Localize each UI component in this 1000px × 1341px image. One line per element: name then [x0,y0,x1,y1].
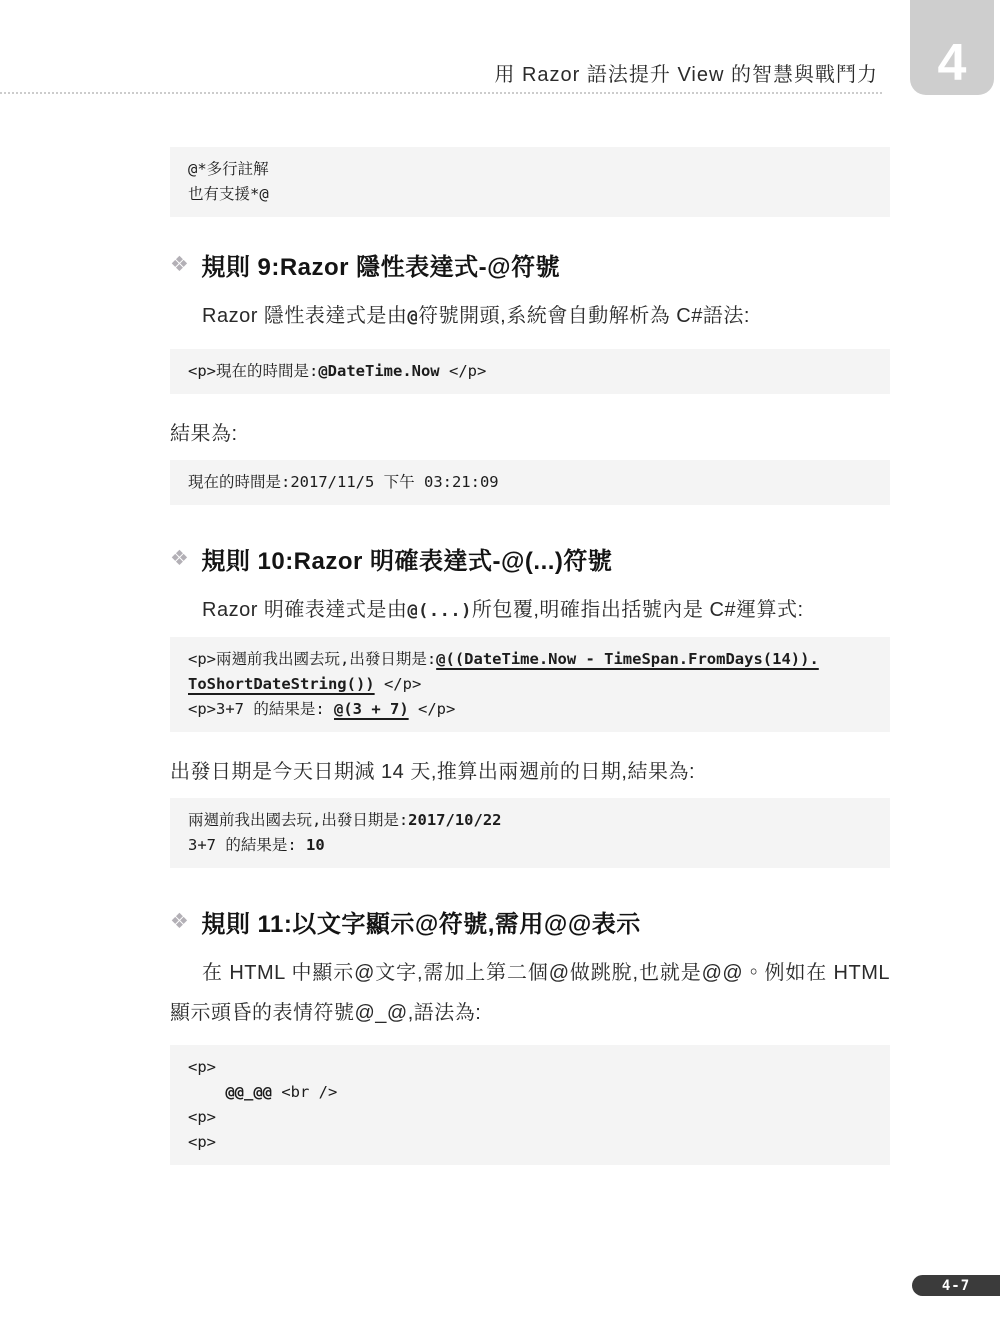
code-line: 兩週前我出國去玩,出發日期是:2017/10/22 [188,808,872,833]
rule9-text-c: 符號開頭,系統會自動解析為 C#語法: [418,305,750,327]
code-indent [188,1083,225,1101]
rule10-heading-text: 規則 10:Razor 明確表達式-@(...)符號 [201,541,612,576]
page-header: 用 Razor 語法提升 View 的智慧與戰鬥力 4 [0,0,1000,96]
code-segment: </p> [375,675,422,693]
code-block-implicit-expression: <p>現在的時間是:@DateTime.Now </p> [170,349,890,394]
page-number-badge: 4-7 [912,1275,1000,1296]
code-line: <p>3+7 的結果是: @(3 + 7) </p> [188,697,872,722]
code-segment-bold: @@_@@ [225,1083,272,1101]
result10-label: 出發日期是今天日期減 14 天,推算出兩週前的日期,結果為: [170,752,890,792]
code-segment: <br /> [272,1083,337,1101]
code-line: 也有支援*@ [188,182,872,207]
rule10-text-a: Razor 明確表達式是由 [202,599,407,621]
page-content: @*多行註解 也有支援*@ ❖ 規則 9:Razor 隱性表達式-@符號 Raz… [170,93,890,1165]
code-block-result-datetime: 現在的時間是:2017/11/5 下午 03:21:09 [170,460,890,505]
page-number: 4-7 [942,1278,970,1294]
code-line: @@_@@ <br /> [188,1080,872,1105]
rule9-text-a: Razor 隱性表達式是由 [202,305,407,327]
code-block-result-dates: 兩週前我出國去玩,出發日期是:2017/10/22 3+7 的結果是: 10 [170,798,890,868]
rule11-heading-text: 規則 11:以文字顯示@符號,需用@@表示 [201,904,640,939]
rule11-paragraph: 在 HTML 中顯示@文字,需加上第二個@做跳脫,也就是@@。例如在 HTML … [170,953,890,1033]
code-line: @*多行註解 [188,157,872,182]
code-line: <p>現在的時間是:@DateTime.Now </p> [188,359,872,384]
rule10-explicit-symbol: @(...) [407,601,471,621]
rule9-paragraph: Razor 隱性表達式是由@符號開頭,系統會自動解析為 C#語法: [170,296,890,337]
code-block-escaped-at: <p> @@_@@ <br /> <p> <p> [170,1045,890,1165]
rule11-heading: ❖ 規則 11:以文字顯示@符號,需用@@表示 [170,904,890,939]
code-segment-bold-underline: @((DateTime.Now - TimeSpan.FromDays(14))… [436,650,819,668]
code-line: <p>兩週前我出國去玩,出發日期是:@((DateTime.Now - Time… [188,647,872,672]
code-block-multiline-comment: @*多行註解 也有支援*@ [170,147,890,217]
result9-label: 結果為: [170,414,890,454]
code-segment: </p> [409,700,456,718]
running-head-title: 用 Razor 語法提升 View 的智慧與戰鬥力 [494,58,878,87]
code-block-explicit-expression: <p>兩週前我出國去玩,出發日期是:@((DateTime.Now - Time… [170,637,890,732]
rule9-heading-text: 規則 9:Razor 隱性表達式-@符號 [201,247,560,282]
code-line: 3+7 的結果是: 10 [188,833,872,858]
code-line: ToShortDateString()) </p> [188,672,872,697]
code-line: <p> [188,1130,872,1155]
diamond-bullet-icon: ❖ [170,548,189,569]
rule10-paragraph: Razor 明確表達式是由@(...)所包覆,明確指出括號內是 C#運算式: [170,590,890,631]
code-line: <p> [188,1055,872,1080]
code-line: <p> [188,1105,872,1130]
rule10-text-c: 所包覆,明確指出括號內是 C#運算式: [472,599,804,621]
diamond-bullet-icon: ❖ [170,254,189,275]
code-segment-bold: 10 [306,836,325,854]
code-segment-bold-underline: ToShortDateString()) [188,675,375,693]
code-line: 現在的時間是:2017/11/5 下午 03:21:09 [188,470,872,495]
code-segment: <p>現在的時間是: [188,362,318,380]
code-segment-bold-underline: @(3 + 7) [334,700,409,718]
code-segment: 3+7 的結果是: [188,836,306,854]
rule9-at-symbol: @ [407,307,418,327]
code-segment: <p>兩週前我出國去玩,出發日期是: [188,650,436,668]
diamond-bullet-icon: ❖ [170,911,189,932]
code-segment: <p>3+7 的結果是: [188,700,334,718]
chapter-number: 4 [938,37,967,95]
rule10-heading: ❖ 規則 10:Razor 明確表達式-@(...)符號 [170,541,890,576]
code-segment-bold: @DateTime.Now [318,362,439,380]
chapter-tab: 4 [910,0,994,95]
code-segment-bold: 2017/10/22 [408,811,501,829]
rule9-heading: ❖ 規則 9:Razor 隱性表達式-@符號 [170,247,890,282]
code-segment: 兩週前我出國去玩,出發日期是: [188,811,408,829]
code-segment: </p> [440,362,487,380]
